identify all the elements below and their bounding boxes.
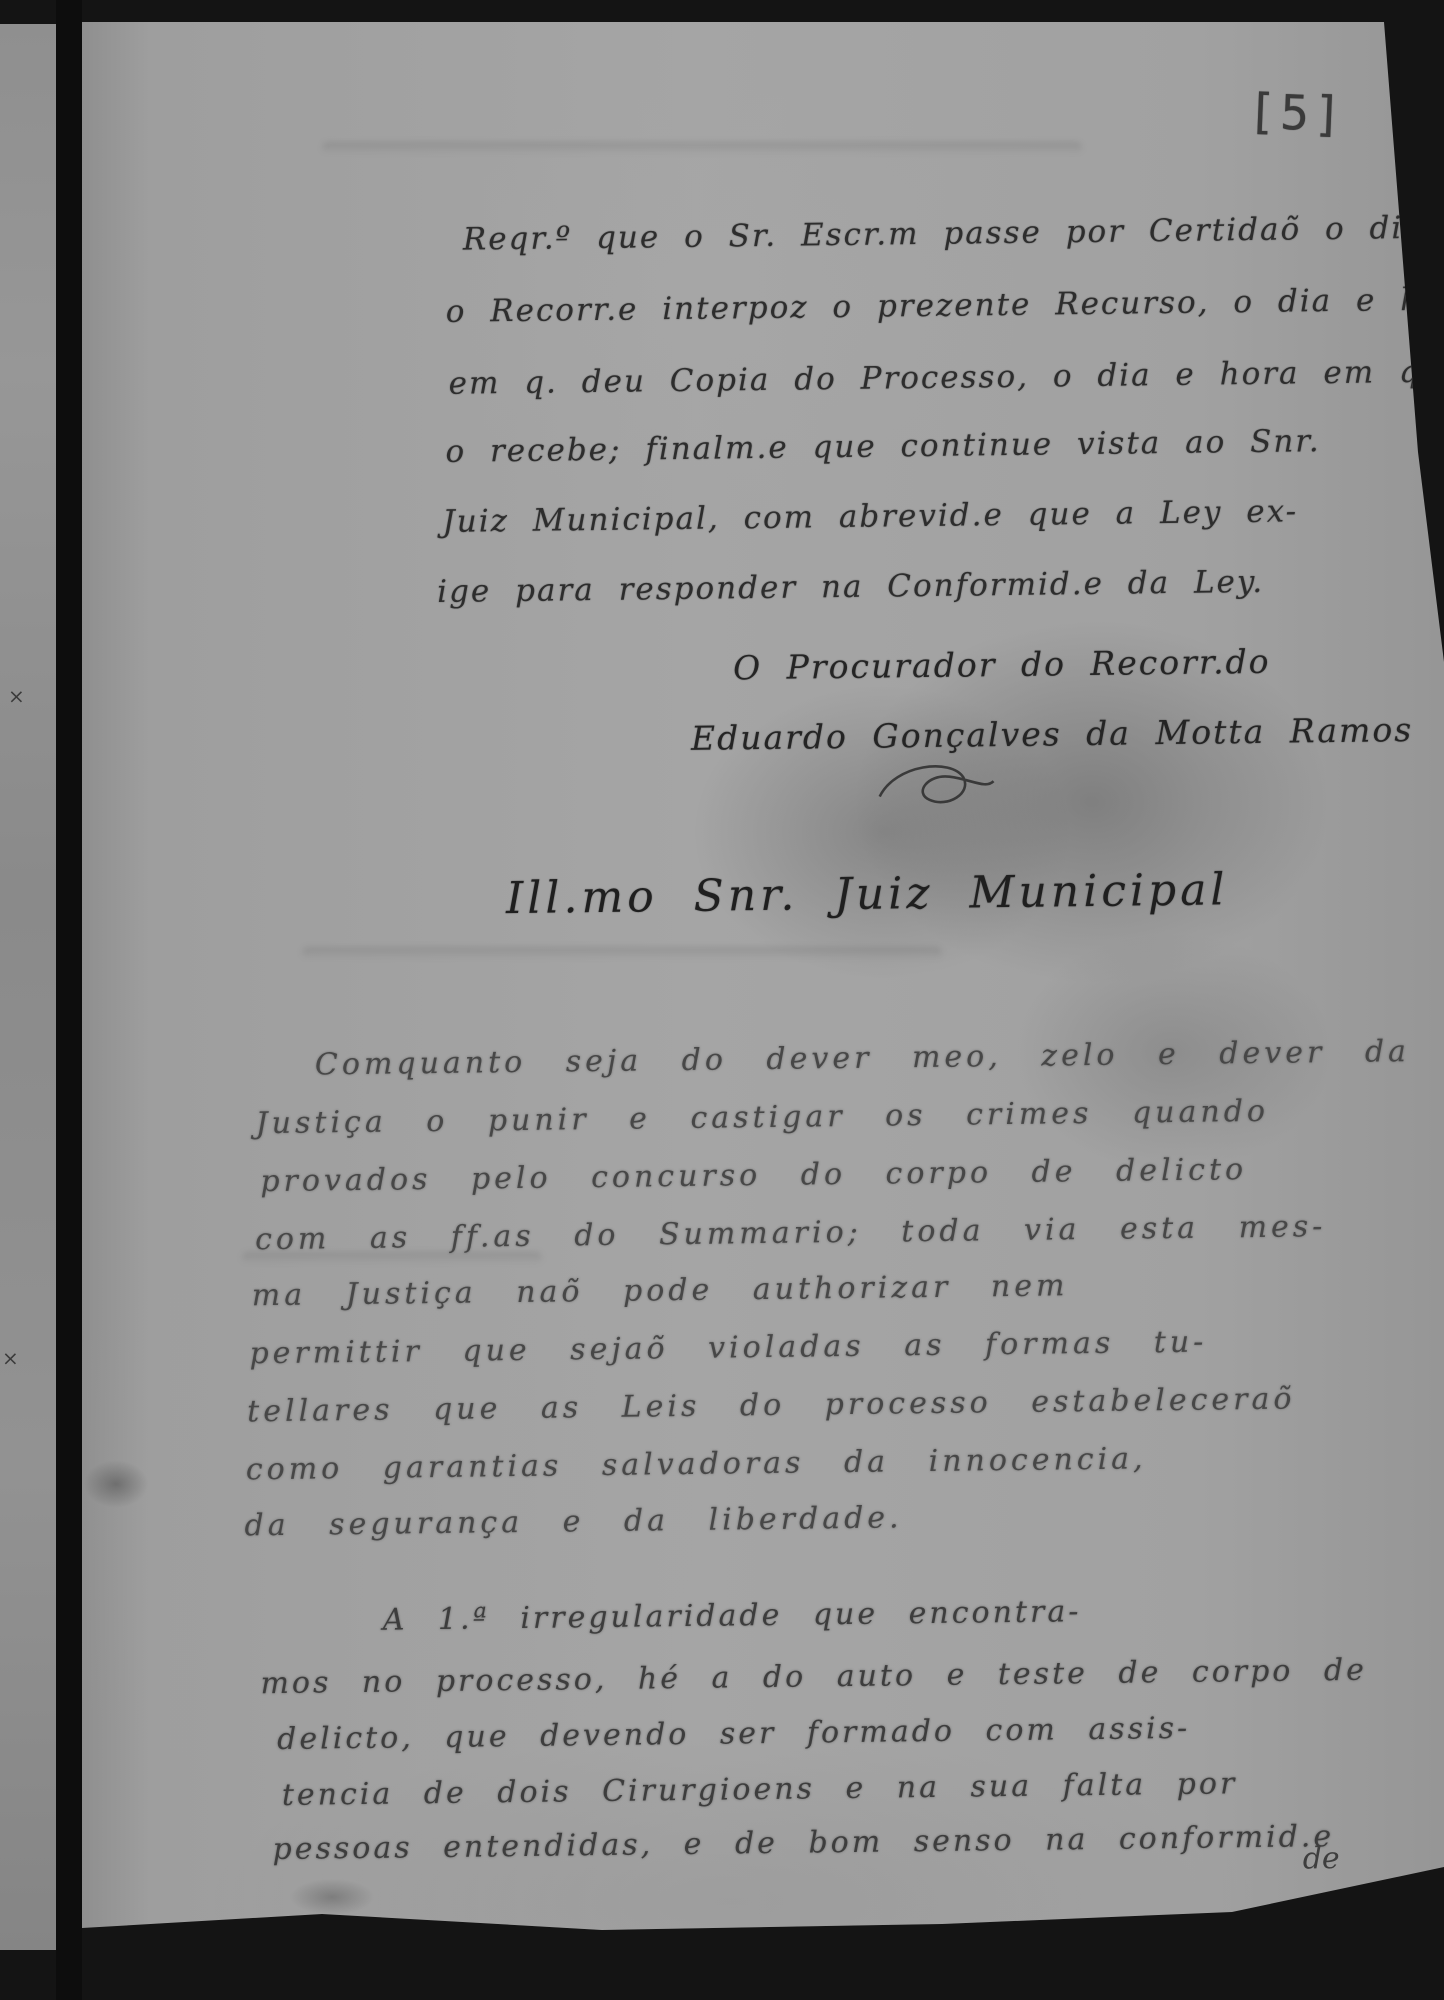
catchword: de xyxy=(1303,1841,1340,1876)
manuscript-line: em q. deu Copia do Processo, o dia e hor… xyxy=(448,353,1444,401)
manuscript-scan: × × [5] Reqr.º que o Sr. Escr.m passe po… xyxy=(0,0,1444,2000)
handwritten-content: [5] Reqr.º que o Sr. Escr.m passe por Ce… xyxy=(70,14,1444,1956)
manuscript-page: [5] Reqr.º que o Sr. Escr.m passe por Ce… xyxy=(82,22,1444,1948)
manuscript-line: Justiça o punir e castigar os crimes qua… xyxy=(255,1094,1269,1141)
manuscript-line: da segurança e da liberdade. xyxy=(244,1500,902,1543)
manuscript-line: Comquanto seja do dever meo, zelo e deve… xyxy=(315,1034,1410,1082)
margin-mark: × xyxy=(8,684,25,708)
signature-rubric-icon xyxy=(871,753,1002,821)
binding-gutter xyxy=(56,0,82,2000)
manuscript-line: Reqr.º que o Sr. Escr.m passe por Certid… xyxy=(463,208,1444,257)
manuscript-line: mos no processo, hé a do auto e teste de… xyxy=(260,1653,1367,1702)
manuscript-line: tencia de dois Cirurgioens e na sua falt… xyxy=(282,1766,1238,1813)
manuscript-line: tellares que as Leis do processo estabel… xyxy=(247,1382,1296,1430)
manuscript-line: com as ff.as do Summario; toda via esta … xyxy=(255,1209,1327,1257)
signature-block: O Procurador do Recorr.do Eduardo Gonçal… xyxy=(70,14,1432,31)
manuscript-line: delicto, que devendo ser formado com ass… xyxy=(277,1711,1190,1757)
body-paragraph: Comquanto seja do dever meo, zelo e deve… xyxy=(70,14,1432,31)
second-paragraph: A 1.ª irregularidade que encontra- mos n… xyxy=(70,14,1432,31)
manuscript-line: provados pelo concurso do corpo de delic… xyxy=(260,1152,1247,1199)
request-paragraph: Reqr.º que o Sr. Escr.m passe por Certid… xyxy=(70,14,1432,31)
manuscript-line: A 1.ª irregularidade que encontra- xyxy=(383,1594,1082,1638)
salutation-heading: Ill.mo Snr. Juiz Municipal xyxy=(506,864,1229,924)
adjacent-page-edge: × × xyxy=(0,24,56,1950)
manuscript-line: Juiz Municipal, com abrevid.e que a Ley … xyxy=(442,493,1298,539)
manuscript-line: permittir que sejaõ violadas as formas t… xyxy=(249,1325,1207,1372)
manuscript-line: o recebe; finalm.e que continue vista ao… xyxy=(445,423,1321,470)
page-number: [5] xyxy=(1246,83,1347,143)
manuscript-line: ige para responder na Conformid.e da Ley… xyxy=(437,564,1264,610)
manuscript-line: o Recorr.e interpoz o prezente Recurso, … xyxy=(446,281,1444,330)
manuscript-line: como garantias salvadoras da innocencia, xyxy=(246,1441,1147,1487)
manuscript-line: pessoas entendidas, e de bom senso na co… xyxy=(272,1819,1334,1867)
manuscript-line: ma Justiça naõ pode authorizar nem xyxy=(252,1268,1069,1313)
signature-name-line: Eduardo Gonçalves da Motta Ramos xyxy=(691,710,1414,758)
signature-role-line: O Procurador do Recorr.do xyxy=(733,642,1271,688)
margin-mark: × xyxy=(2,1346,19,1370)
